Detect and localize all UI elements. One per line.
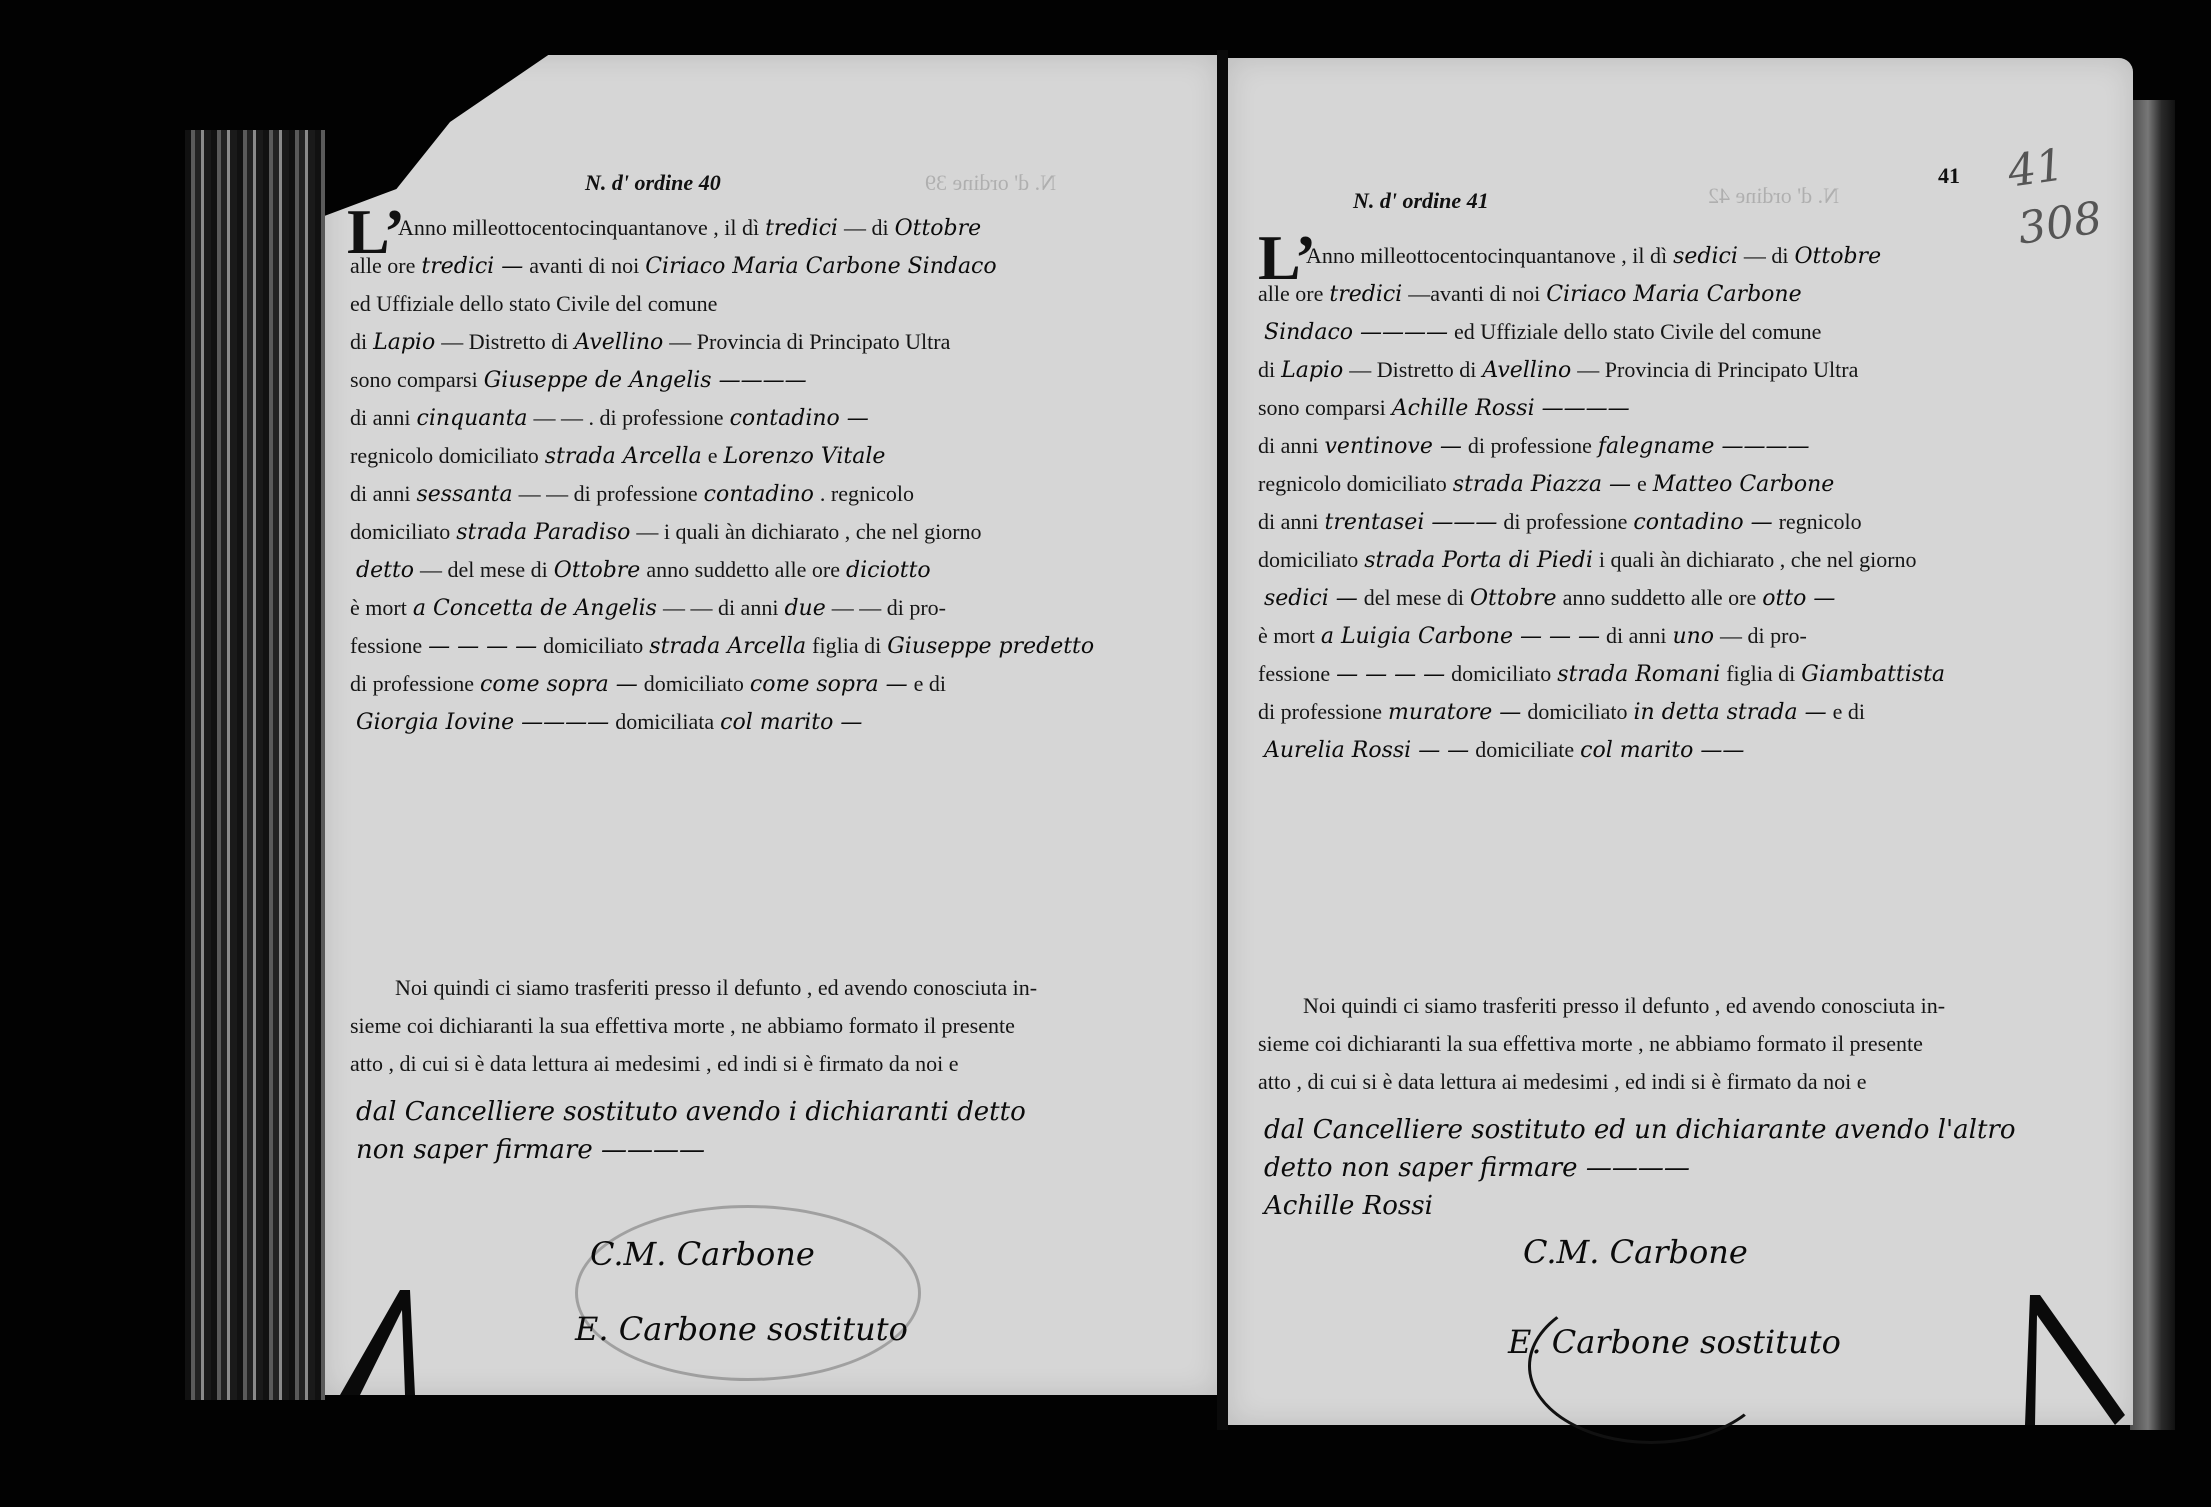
entry-line: di annicinquanta— — . di professionecont… [350, 405, 875, 431]
signature-mayor: C.M. Carbone [1523, 1233, 1748, 1271]
printed-text: — i quali àn dichiarato , che nel giorno [636, 519, 981, 544]
book-holder-clip-right [2025, 1295, 2135, 1425]
printed-text: figlia di [1726, 661, 1795, 686]
handwritten-entry: otto — [1756, 586, 1841, 611]
printed-text: domiciliato [1258, 547, 1358, 572]
entry-line: diLapio— Distretto diAvellino— Provincia… [350, 329, 950, 355]
handwritten-entry: ventinove — [1319, 434, 1468, 459]
ordine-heading: N. d' ordine 41 [1353, 188, 1489, 214]
handwritten-entry: col marito —— [1574, 738, 1750, 763]
closing-printed-line: atto , di cui si è data lettura ai medes… [1258, 1069, 1867, 1095]
handwritten-entry: cinquanta [411, 406, 534, 431]
entry-line: detto— del mese diOttobreanno suddetto a… [350, 557, 937, 583]
printed-text: domiciliato [644, 671, 744, 696]
printed-text: alle ore [1258, 281, 1323, 306]
printed-text: — di [844, 215, 889, 240]
handwritten-entry: muratore — [1382, 700, 1527, 725]
entry-line: Sindaco ————ed Uffiziale dello stato Civ… [1258, 319, 1821, 345]
printed-text: domiciliato [1527, 699, 1627, 724]
handwritten-entry: Giuseppe de Angelis ———— [478, 368, 813, 393]
handwritten-entry: tredici [1323, 282, 1408, 307]
entry-line: Anno milleottocentocinquantanove , il dì… [1306, 243, 1887, 269]
closing-handwritten-line: non saper firmare ———— [350, 1135, 711, 1165]
printed-text: e [708, 443, 718, 468]
entry-line: fessione— — — —domiciliatostrada Romanif… [1258, 661, 1951, 687]
printed-text: domiciliate [1475, 737, 1574, 762]
handwritten-entry: uno [1666, 624, 1720, 649]
entry-line: di annitrentasei ———di professionecontad… [1258, 509, 1862, 535]
ordine-label: N. d' ordine [585, 170, 693, 195]
printed-text: fessione [350, 633, 422, 658]
closing-printed-line: sieme coi dichiaranti la sua effettiva m… [350, 1013, 1015, 1039]
printed-text: i quali àn dichiarato , che nel giorno [1599, 547, 1917, 572]
handwritten-entry: Ottobre [1464, 586, 1563, 611]
handwritten-entry: Avellino [568, 330, 669, 355]
entry-line: di anniventinove —di professionefalegnam… [1258, 433, 1815, 459]
printed-text: alle ore [350, 253, 415, 278]
printed-text: — Distretto di [1349, 357, 1476, 382]
printed-text: di [1258, 357, 1275, 382]
handwritten-entry: detto [350, 558, 420, 583]
ordine-label: N. d' ordine [1353, 188, 1461, 213]
entry-line: fessione— — — —domiciliatostrada Arcella… [350, 633, 1100, 659]
entry-line: è morta Concetta de Angelis— — di annidu… [350, 595, 946, 621]
printed-text: e di [914, 671, 946, 696]
handwritten-entry: Matteo Carbone [1647, 472, 1841, 497]
book-holder-clip-left [330, 1285, 450, 1395]
handwritten-entry: contadino [698, 482, 820, 507]
printed-text: domiciliata [615, 709, 714, 734]
printed-text: domiciliato [543, 633, 643, 658]
printed-text: è mort [1258, 623, 1315, 648]
signature-flourish [1528, 1288, 1774, 1444]
handwritten-entry: Ottobre [889, 216, 988, 241]
entry-line: domiciliatostrada Paradiso— i quali àn d… [350, 519, 982, 545]
printed-text: del mese di [1364, 585, 1464, 610]
handwritten-entry: tredici [759, 216, 844, 241]
page-number: 41 [1938, 163, 1960, 189]
handwritten-entry: falegname ———— [1592, 434, 1816, 459]
entry-line: regnicolo domiciliatostrada Piazza —eMat… [1258, 471, 1840, 497]
printed-text: ed Uffiziale dello stato Civile del comu… [350, 291, 717, 316]
printed-text: — Distretto di [441, 329, 568, 354]
margin-note-bottom: 308 [2015, 192, 2105, 254]
right-page: N. d' ordine 41 N. d' ordine 42 41 41 30… [1228, 58, 2133, 1425]
printed-text: anno suddetto alle ore [1563, 585, 1757, 610]
entry-line: alle oretredici—avanti di noiCiriaco Mar… [1258, 281, 1808, 307]
entry-line: Aurelia Rossi — —domiciliatecol marito —… [1258, 737, 1750, 763]
printed-text: figlia di [812, 633, 881, 658]
closing-handwritten-line: detto non saper firmare ———— [1258, 1153, 1696, 1183]
handwritten-entry: trentasei ——— [1319, 510, 1504, 535]
closing-printed-line: Noi quindi ci siamo trasferiti presso il… [395, 975, 1037, 1001]
left-page: 40 N. d' ordine 40 N. d' ordine 39 L’ An… [325, 55, 1218, 1395]
printed-text: — Provincia di Principato Ultra [669, 329, 950, 354]
handwritten-entry: Lapio [367, 330, 441, 355]
ordine-number: 40 [699, 170, 721, 195]
book-gutter [1217, 50, 1228, 1430]
printed-text: e [1637, 471, 1647, 496]
handwritten-entry: Ottobre [1789, 244, 1888, 269]
handwritten-entry: Lapio [1275, 358, 1349, 383]
printed-text: ed Uffiziale dello stato Civile del comu… [1454, 319, 1821, 344]
closing-handwritten-line: Achille Rossi [1258, 1191, 1439, 1221]
printed-text: anno suddetto alle ore [646, 557, 840, 582]
closing-printed-line: atto , di cui si è data lettura ai medes… [350, 1051, 959, 1077]
entry-line: Anno milleottocentocinquantanove , il dì… [398, 215, 987, 241]
printed-text: di anni [350, 481, 411, 506]
printed-text: regnicolo [1779, 509, 1862, 534]
handwritten-entry: a Luigia Carbone — — — [1315, 624, 1606, 649]
printed-text: è mort [350, 595, 407, 620]
closing-handwritten-line: dal Cancelliere sostituto ed un dichiara… [1258, 1115, 2022, 1145]
handwritten-entry: — — — — [1330, 662, 1451, 687]
handwritten-entry: — — — — [422, 634, 543, 659]
handwritten-entry: Giuseppe predetto [881, 634, 1100, 659]
handwritten-entry: strada Arcella [643, 634, 812, 659]
handwritten-entry: Giorgia Iovine ———— [350, 710, 615, 735]
handwritten-entry: due [778, 596, 831, 621]
entry-line: domiciliatostrada Porta di Piedii quali … [1258, 547, 1917, 573]
printed-text: . regnicolo [820, 481, 914, 506]
handwritten-entry: Ciriaco Maria Carbone [1540, 282, 1807, 307]
entry-line: sono comparsiGiuseppe de Angelis ———— [350, 367, 813, 393]
entry-line: Giorgia Iovine ————domiciliatacol marito… [350, 709, 868, 735]
bleed-through-header: N. d' ordine 42 [1708, 183, 1839, 209]
printed-text: regnicolo domiciliato [1258, 471, 1447, 496]
handwritten-entry: contadino — [1627, 510, 1778, 535]
handwritten-entry: in detta strada — [1628, 700, 1833, 725]
handwritten-entry: strada Arcella [539, 444, 708, 469]
handwritten-entry: tredici — [415, 254, 529, 279]
entry-line: di professionemuratore —domiciliatoin de… [1258, 699, 1865, 725]
handwritten-entry: sedici [1667, 244, 1744, 269]
printed-text: di anni [350, 405, 411, 430]
handwritten-entry: dal Cancelliere sostituto ed un dichiara… [1258, 1115, 2022, 1145]
handwritten-entry: detto non saper firmare ———— [1258, 1153, 1696, 1183]
handwritten-entry: come sopra — [744, 672, 914, 697]
printed-text: fessione [1258, 661, 1330, 686]
closing-handwritten-line: dal Cancelliere sostituto avendo i dichi… [350, 1097, 1032, 1127]
handwritten-entry: diciotto [840, 558, 937, 583]
handwritten-entry: strada Romani [1551, 662, 1726, 687]
handwritten-entry: sedici — [1258, 586, 1364, 611]
printed-text: sono comparsi [1258, 395, 1386, 420]
closing-printed-line: Noi quindi ci siamo trasferiti presso il… [1303, 993, 1945, 1019]
entry-line: diLapio— Distretto diAvellino— Provincia… [1258, 357, 1858, 383]
printed-text: avanti di noi [529, 253, 639, 278]
handwritten-entry: Avellino [1476, 358, 1577, 383]
handwritten-entry: a Concetta de Angelis [407, 596, 663, 621]
printed-text: di professione [1468, 433, 1592, 458]
handwritten-entry: come sopra — [474, 672, 644, 697]
entry-line: sedici —del mese diOttobreanno suddetto … [1258, 585, 1841, 611]
handwritten-entry: Ciriaco Maria Carbone Sindaco [639, 254, 1002, 279]
handwritten-entry: Sindaco ———— [1258, 320, 1454, 345]
handwritten-entry: Lorenzo Vitale [717, 444, 891, 469]
seal-stamp-faint [575, 1205, 921, 1381]
printed-text: di anni [1258, 433, 1319, 458]
handwritten-entry: sessanta [411, 482, 519, 507]
handwritten-entry: Ottobre [548, 558, 647, 583]
ordine-number: 41 [1467, 188, 1489, 213]
printed-text: di professione [1258, 699, 1382, 724]
printed-text: —avanti di noi [1408, 281, 1540, 306]
book-page-edges-right [2130, 100, 2175, 1430]
handwritten-entry: Giambattista [1795, 662, 1951, 687]
printed-text: — di pro- [1720, 623, 1807, 648]
entry-line: sono comparsiAchille Rossi ———— [1258, 395, 1636, 421]
printed-text: domiciliato [1451, 661, 1551, 686]
printed-text: sono comparsi [350, 367, 478, 392]
entry-line: di professionecome sopra —domiciliatocom… [350, 671, 946, 697]
handwritten-entry: Achille Rossi [1258, 1191, 1439, 1221]
printed-text: di professione [1503, 509, 1627, 534]
printed-text: — — di professione [519, 481, 698, 506]
printed-text: e di [1833, 699, 1865, 724]
handwritten-entry: Aurelia Rossi — — [1258, 738, 1475, 763]
printed-text: di anni [1258, 509, 1319, 534]
printed-text: regnicolo domiciliato [350, 443, 539, 468]
entry-line: regnicolo domiciliatostrada ArcellaeLore… [350, 443, 891, 469]
entry-line: ed Uffiziale dello stato Civile del comu… [350, 291, 717, 317]
handwritten-entry: col marito — [714, 710, 868, 735]
printed-text: — — di anni [663, 595, 779, 620]
printed-text: — — . di professione [534, 405, 724, 430]
handwritten-entry: Achille Rossi ———— [1386, 396, 1636, 421]
ordine-heading: N. d' ordine 40 [585, 170, 721, 196]
entry-line: alle oretredici —avanti di noiCiriaco Ma… [350, 253, 1003, 279]
printed-text: domiciliato [350, 519, 450, 544]
handwritten-entry: non saper firmare ———— [350, 1135, 711, 1165]
handwritten-entry: strada Paradiso [450, 520, 636, 545]
printed-text: — di [1744, 243, 1789, 268]
entry-line: è morta Luigia Carbone — — —di anniuno— … [1258, 623, 1807, 649]
printed-text: — Provincia di Principato Ultra [1577, 357, 1858, 382]
printed-text: di [350, 329, 367, 354]
handwritten-entry: contadino — [724, 406, 875, 431]
bleed-through-header: N. d' ordine 39 [925, 170, 1056, 196]
closing-printed-line: sieme coi dichiaranti la sua effettiva m… [1258, 1031, 1923, 1057]
printed-text: di professione [350, 671, 474, 696]
printed-text: Anno milleottocentocinquantanove , il dì [1306, 243, 1667, 268]
entry-line: di annisessanta— — di professionecontadi… [350, 481, 914, 507]
handwritten-entry: strada Porta di Piedi [1358, 548, 1599, 573]
handwritten-entry: dal Cancelliere sostituto avendo i dichi… [350, 1097, 1032, 1127]
printed-text: Anno milleottocentocinquantanove , il dì [398, 215, 759, 240]
printed-text: — del mese di [420, 557, 548, 582]
margin-note-top: 41 [2005, 139, 2068, 197]
handwritten-entry: strada Piazza — [1447, 472, 1637, 497]
printed-text: di anni [1606, 623, 1667, 648]
printed-text: — — di pro- [832, 595, 946, 620]
book-page-edges-left [185, 130, 325, 1400]
